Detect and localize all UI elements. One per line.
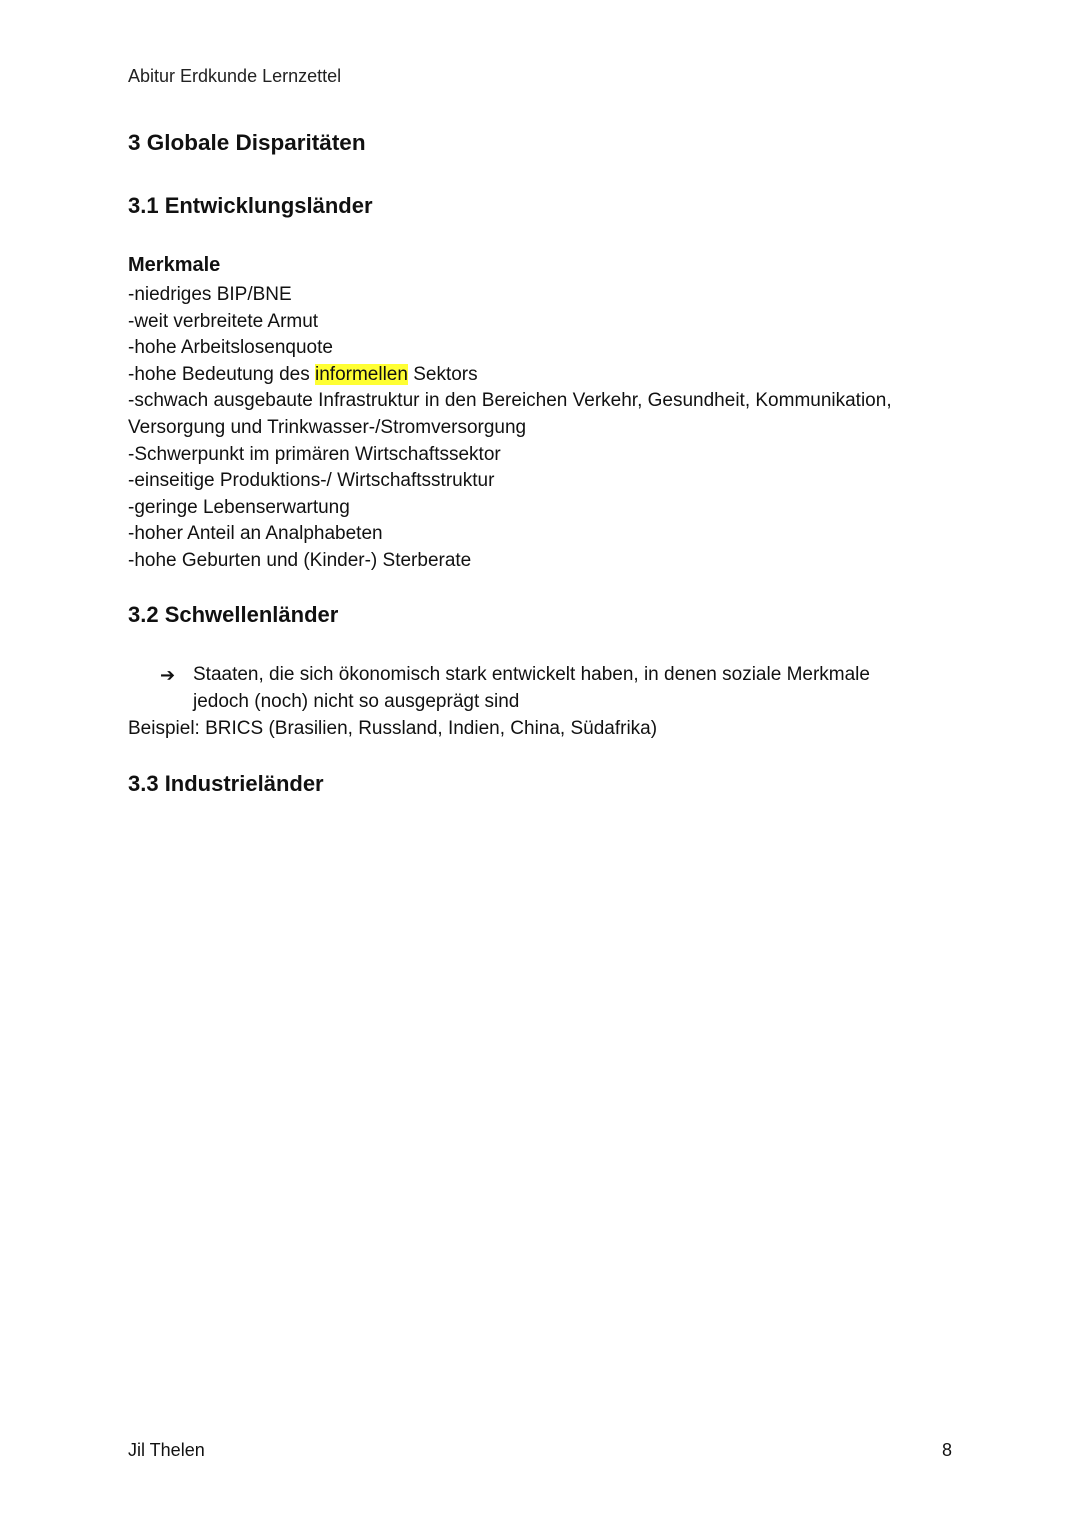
list-item: -hoher Anteil an Analphabeten — [128, 521, 948, 548]
merkmale-heading: Merkmale — [128, 254, 220, 277]
list-item: -schwach ausgebaute Infrastruktur in den… — [128, 388, 948, 441]
chapter-title: 3 Globale Disparitäten — [128, 130, 366, 156]
list-item: -hohe Bedeutung des informellen Sektors — [128, 362, 948, 389]
section-title-3-2: 3.2 Schwellenländer — [128, 602, 338, 628]
definition-text: Staaten, die sich ökonomisch stark entwi… — [193, 662, 920, 715]
page-header: Abitur Erdkunde Lernzettel — [128, 66, 341, 87]
arrow-right-icon: ➔ — [160, 662, 193, 715]
definition-bullet: ➔ Staaten, die sich ökonomisch stark ent… — [160, 662, 920, 715]
section-title-3-1: 3.1 Entwicklungsländer — [128, 193, 373, 219]
list-item: -weit verbreitete Armut — [128, 309, 948, 336]
list-item: -einseitige Produktions-/ Wirtschaftsstr… — [128, 468, 948, 495]
example-text: Beispiel: BRICS (Brasilien, Russland, In… — [128, 716, 657, 743]
list-item-text: -hohe Bedeutung des — [128, 364, 315, 385]
list-item: -hohe Arbeitslosenquote — [128, 335, 948, 362]
list-item: -geringe Lebenserwartung — [128, 495, 948, 522]
section-title-3-3: 3.3 Industrieländer — [128, 771, 324, 797]
list-item-text: Sektors — [408, 364, 478, 385]
list-item: -hohe Geburten und (Kinder-) Sterberate — [128, 548, 948, 575]
list-item: -Schwerpunkt im primären Wirtschaftssekt… — [128, 442, 948, 469]
list-item: -niedriges BIP/BNE — [128, 282, 948, 309]
merkmale-list: -niedriges BIP/BNE -weit verbreitete Arm… — [128, 282, 948, 575]
footer-author: Jil Thelen — [128, 1440, 205, 1461]
page-number: 8 — [942, 1440, 952, 1461]
highlighted-text: informellen — [315, 364, 408, 385]
